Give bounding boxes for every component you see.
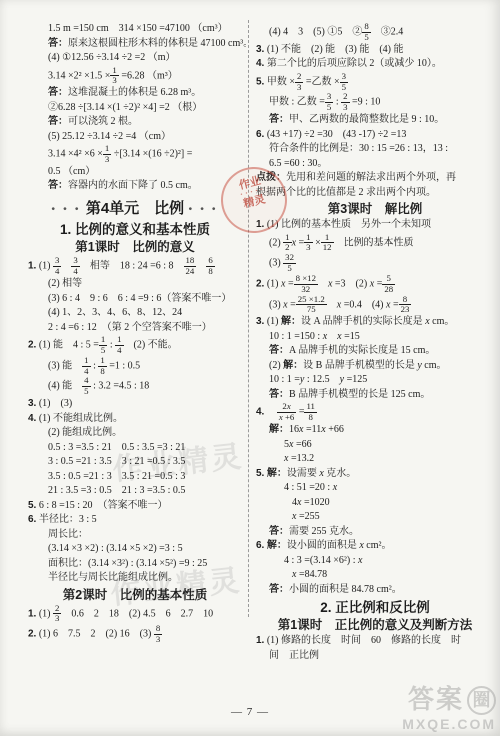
answer-line: 2. (1) 6 7.5 2 (2) 16 (3) 83 — [28, 624, 246, 645]
answer-line: 4. 2xx +6 =118 — [256, 402, 494, 423]
answer-line: 答：小圆的面积是 84.78 cm²。 — [269, 583, 494, 598]
left-answer-column: 1.5 m =150 cm 314 ×150 =47100 （cm³）答：原来这… — [24, 22, 246, 663]
answer-line: (3) 能 14 : 18 =1 : 0.5 — [48, 356, 246, 377]
answer-line: (2) 12x =13 ×112 比例的基本性质 — [269, 233, 494, 254]
answer-line: (4) 能 45 : 3.2 =4.5 : 18 — [48, 376, 246, 397]
two-column-layout: 1.5 m =150 cm 314 ×150 =47100 （cm³）答：原来这… — [0, 0, 500, 663]
answer-line: 点拨：先用和差问题的解法求出两个外项，再 — [256, 171, 494, 186]
answer-line: 1.5 m =150 cm 314 ×150 =47100 （cm³） — [48, 22, 246, 37]
answer-line: 解：16x =11x +66 — [269, 423, 494, 438]
answer-line: 5. 甲数 ×23 =乙数 ×35 — [256, 72, 494, 93]
answer-line: 6. 解：设小圆的面积是 x cm²。 — [256, 539, 494, 554]
answer-line: 周长比： — [48, 528, 246, 543]
answer-line: 1. (1) 34 34 相等 18 : 24 =6 : 8 1824 68 — [28, 256, 246, 277]
answer-line: 3. (1) (3) — [28, 397, 246, 412]
lesson-header: 第1课时 正比例的意义及判断方法 — [256, 618, 494, 633]
answer-line: 根据两个比的比值都是 2 求出两个内项。 — [256, 186, 494, 201]
fraction: 14 — [82, 356, 90, 377]
answer-line: 4. 第二个比的后项应除以 2（或减少 10）。 — [256, 57, 494, 72]
answer-line: 6.5 =60 : 30。 — [269, 157, 494, 172]
fraction: 8 ×1232 — [294, 274, 318, 295]
answer-line: 0.5 （cm） — [48, 165, 246, 180]
fraction: 14 — [115, 335, 123, 356]
answer-line: 0.5 : 3 =3.5 : 21 0.5 : 3.5 =3 : 21 — [48, 441, 246, 456]
answer-line: 6. (43 +17) ÷2 =30 (43 -17) ÷2 =13 — [256, 128, 494, 143]
answer-line: 答：原来这根圆柱形木料的体积是 47100 cm³。 — [48, 37, 246, 52]
fraction: 15 — [99, 335, 107, 356]
answer-line: 答：B 品牌手机模型的长是 125 cm。 — [269, 388, 494, 403]
answer-line: 6. 半径比：3 : 5 — [28, 513, 246, 528]
fraction: 35 — [340, 72, 348, 93]
answer-line: (3) 325 — [269, 253, 494, 274]
fraction: 325 — [283, 253, 296, 274]
answer-line: 半径比与周长比能组成比例。 — [48, 571, 246, 586]
fraction: 118 — [304, 402, 316, 423]
answer-line: 答：这堆混凝土的体积是 6.28 m³。 — [48, 86, 246, 101]
answer-line: 10 : 1 =150 : x x =15 — [269, 330, 494, 345]
answer-line: 21 : 3.5 =3 : 0.5 21 : 3 =3.5 : 0.5 — [48, 484, 246, 499]
answer-line: 答：A 品牌手机的实际长度是 15 cm。 — [269, 344, 494, 359]
answer-line: 3.14 ×4² ×6 ×13 ÷[3.14 ×(16 ÷2)²] = — [48, 144, 246, 165]
answer-line: 3 : 0.5 =21 : 3.5 3 : 21 =0.5 : 3.5 — [48, 455, 246, 470]
fraction: 25 ×1.275 — [296, 295, 327, 316]
fraction: 1824 — [184, 256, 197, 277]
answer-line: (3) x =25 ×1.275 x =0.4 (4) x =823 — [269, 295, 494, 316]
column-divider — [248, 20, 249, 617]
answer-line: 3.5 : 0.5 =21 : 3 3.5 : 21 =0.5 : 3 — [48, 470, 246, 485]
answer-line: x =13.2 — [284, 452, 494, 467]
answer-line: 2. (1) 能 4 : 5 =15 : 14 (2) 不能。 — [28, 335, 246, 356]
decorative-dots: ● ● ● — [51, 205, 81, 212]
decorative-dots: ● ● ● — [188, 205, 218, 212]
right-answer-column: (4) 4 3 (5) ①5 ②85 ③2.43. (1) 不能 (2) 能 (… — [246, 22, 494, 663]
answer-line: (3) 6 : 4 9 : 6 6 : 4 =9 : 6（答案不唯一） — [48, 292, 246, 307]
answer-line: 符合条件的比例是：30 : 15 =26 : 13，13 : — [269, 142, 494, 157]
fraction: 23 — [341, 92, 349, 113]
answer-line: 4x =1020 — [292, 496, 494, 511]
answer-line: 1. (1) 修路的长度 时间 60 修路的长度 时 — [256, 634, 494, 649]
answer-line: 5. 6 : 8 =15 : 20 （答案不唯一） — [28, 499, 246, 514]
fraction: 112 — [321, 233, 334, 254]
fraction: 34 — [53, 256, 61, 277]
fraction: 45 — [82, 376, 90, 397]
answer-line: 答：可以浇筑 2 根。 — [48, 115, 246, 130]
answer-line: 1. (1) 比例的基本性质 另外一个未知项 — [256, 218, 494, 233]
fraction: 23 — [295, 72, 303, 93]
fraction: 823 — [399, 295, 412, 316]
answer-line: (4) 4 3 (5) ①5 ②85 ③2.4 — [269, 22, 494, 43]
lesson-header: 第2课时 比例的基本性质 — [24, 588, 246, 603]
page-number: — 7 — — [0, 706, 500, 718]
section-header: 2. 正比例和反比例 — [256, 600, 494, 616]
fraction: 18 — [98, 356, 106, 377]
answer-line: 2 : 4 =6 : 12 （第 2 个空答案不唯一） — [48, 321, 246, 336]
answer-line: 2. (1) x =8 ×1232 x =3 (2) x =528 — [256, 274, 494, 295]
answer-line: (2) 相等 — [48, 277, 246, 292]
answer-line: 5x =66 — [284, 438, 494, 453]
fraction: 35 — [325, 92, 333, 113]
fraction: 2xx +6 — [277, 402, 296, 423]
answer-line: 面积比：(3.14 ×3²) : (3.14 ×5²) =9 : 25 — [48, 557, 246, 572]
fraction: 85 — [362, 22, 370, 43]
fraction: 68 — [206, 256, 214, 277]
answer-line: (2) 解：设 B 品牌手机模型的长是 y cm。 — [269, 359, 494, 374]
fraction: 12 — [283, 233, 291, 254]
answer-line: 3.14 ×2² ×1.5 ×13 =6.28 （m³） — [48, 66, 246, 87]
answer-line: 答：容器内的水面下降了 0.5 cm。 — [48, 179, 246, 194]
answer-line: 3. (1) 解：设 A 品牌手机的实际长度是 x cm。 — [256, 315, 494, 330]
fraction: 34 — [71, 256, 79, 277]
unit-header: ● ● ● 第4单元 比例 ● ● ● — [24, 200, 246, 219]
answer-line: 答：甲、乙两数的最简整数比是 9 : 10。 — [269, 113, 494, 128]
answer-line: 5. 解：设需要 x 克水。 — [256, 467, 494, 482]
lesson-header: 第3课时 解比例 — [256, 202, 494, 217]
answer-line: x =255 — [292, 510, 494, 525]
lesson-header: 第1课时 比例的意义 — [24, 240, 246, 255]
fraction: 83 — [154, 624, 162, 645]
answer-line: (3.14 ×3 ×2) : (3.14 ×5 ×2) =3 : 5 — [48, 542, 246, 557]
answer-line: 3. (1) 不能 (2) 能 (3) 能 (4) 能 — [256, 43, 494, 58]
answer-line: 1. (1) 23 0.6 2 18 (2) 4.5 6 2.7 10 — [28, 604, 246, 625]
fraction: 13 — [103, 144, 111, 165]
answer-line: 答：需要 255 克水。 — [269, 525, 494, 540]
site-url: MXQE.COM — [402, 716, 496, 732]
answer-line: 甲数 : 乙数 =35 : 23 =9 : 10 — [269, 92, 494, 113]
workbook-answer-page: 作业精灵 作业精灵 1.5 m =150 cm 314 ×150 =47100 … — [0, 0, 500, 736]
answer-line: 4. (1) 不能组成比例。 — [28, 412, 246, 427]
answer-line: (4) 1、2、3、4、6、8、12、24 — [48, 306, 246, 321]
section-header: 1. 比例的意义和基本性质 — [24, 222, 246, 238]
fraction: 13 — [304, 233, 312, 254]
fraction: 13 — [110, 66, 118, 87]
answer-line: (4) ①12.56 ÷3.14 ÷2 =2 （m） — [48, 51, 246, 66]
fraction: 528 — [382, 274, 395, 295]
answer-line: 10 : 1 =y : 12.5 y =125 — [269, 373, 494, 388]
answer-line: x =84.78 — [292, 568, 494, 583]
fraction: 23 — [53, 604, 61, 625]
answer-line: 间 正比例 — [269, 649, 494, 664]
answer-line: ②6.28 ÷[3.14 ×(1 ÷2)² ×4] =2 （根） — [48, 101, 246, 116]
answer-line: 4 : 3 =(3.14 ×6²) : x — [284, 554, 494, 569]
answer-line: 4 : 51 =20 : x — [284, 481, 494, 496]
answer-line: (2) 能组成比例。 — [48, 426, 246, 441]
answer-line: (5) 25.12 ÷3.14 ÷2 =4 （cm） — [48, 130, 246, 145]
